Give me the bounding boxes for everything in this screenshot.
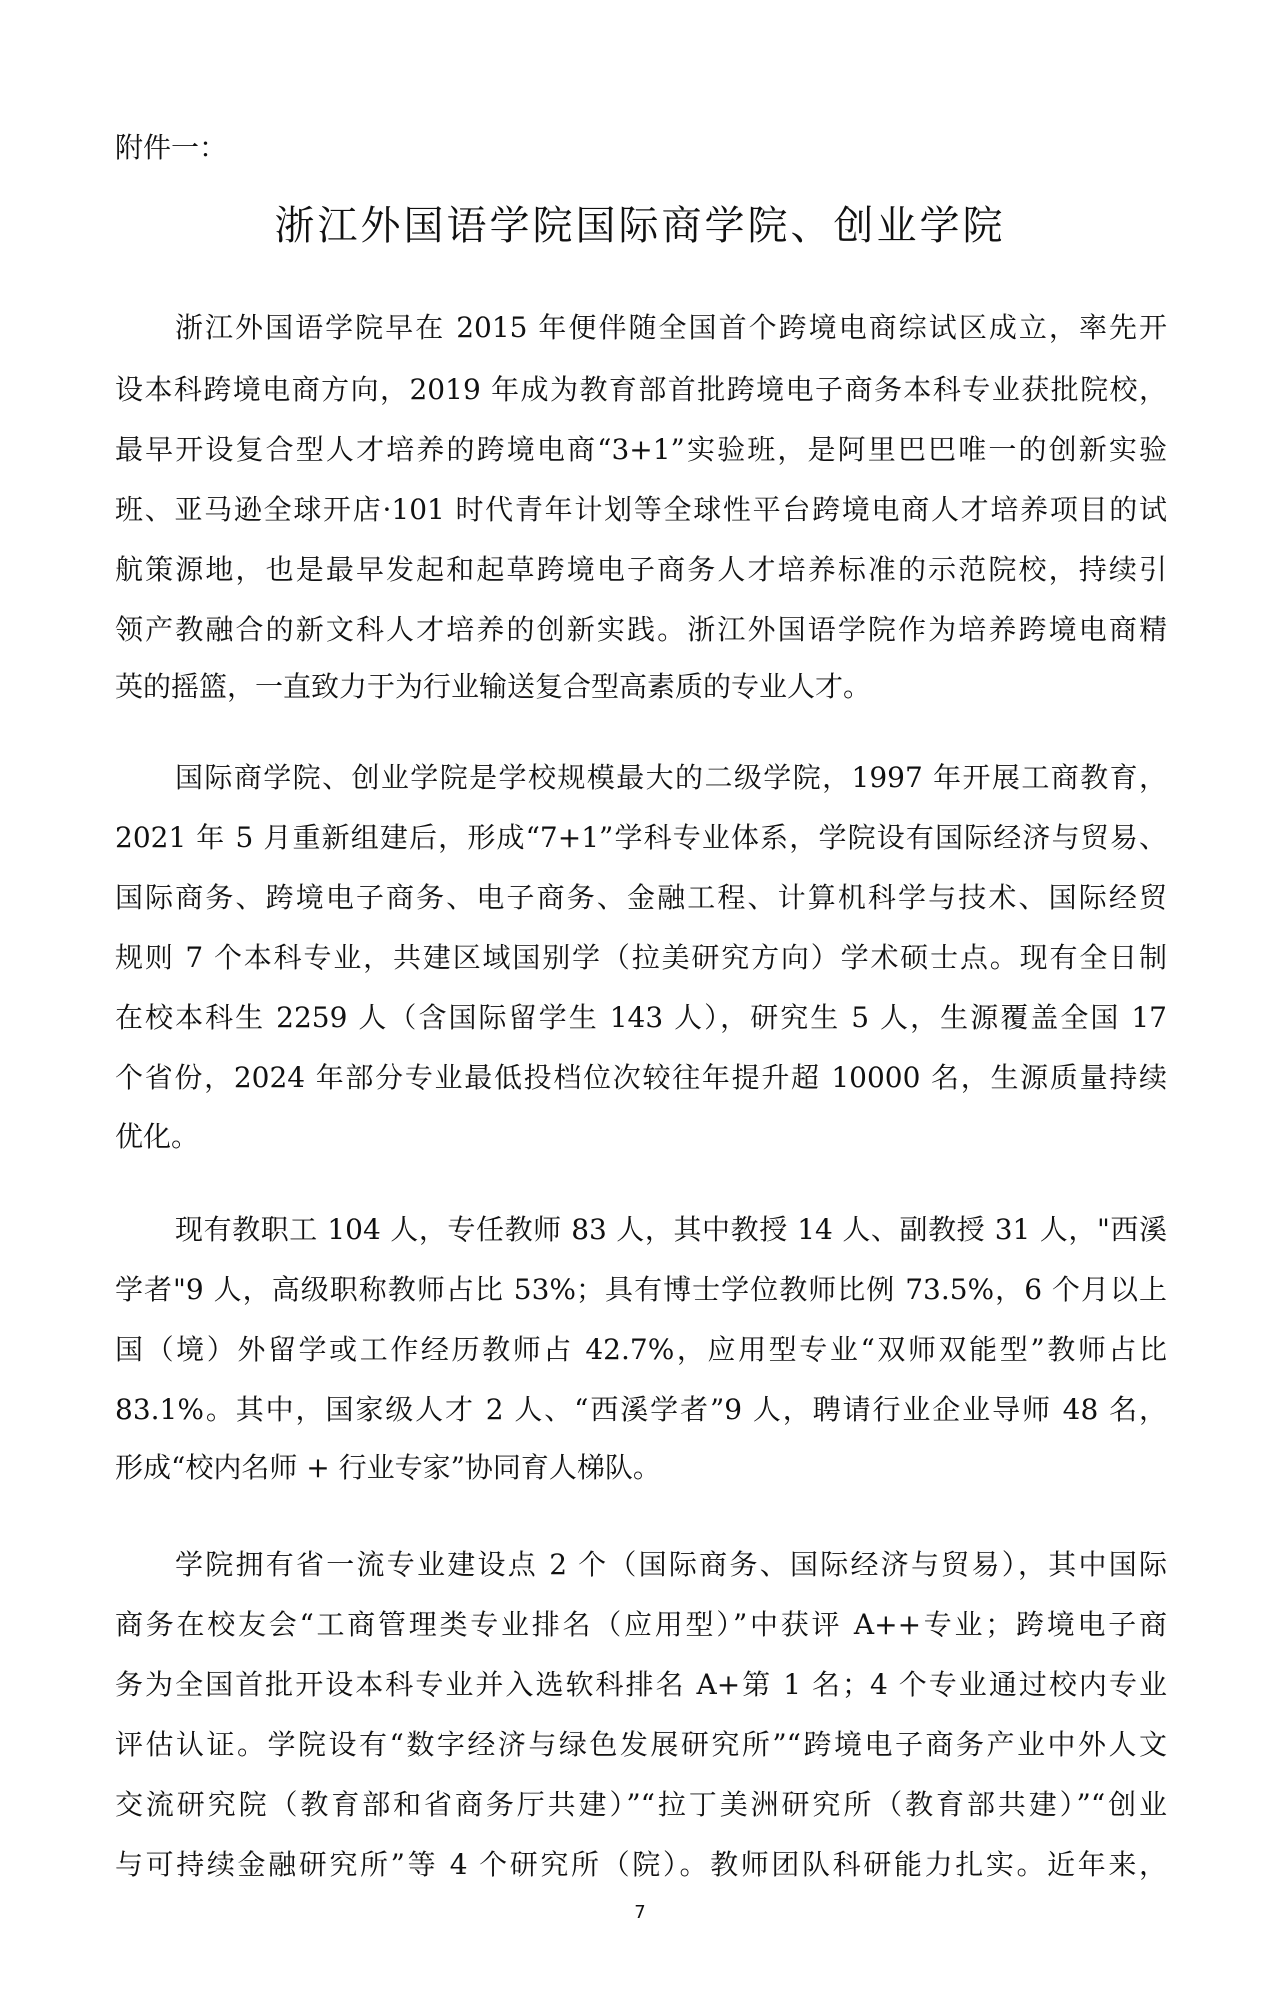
- paragraph-line: 领产教融合的新文科人才培养的创新实践。浙江外国语学院作为培养跨境电商精: [115, 610, 1167, 650]
- paragraph-line: 2021 年 5 月重新组建后，形成“7+1”学科专业体系，学院设有国际经济与贸…: [115, 818, 1167, 858]
- paragraph-line: 形成“校内名师 + 行业专家”协同育人梯队。: [115, 1448, 1167, 1488]
- paragraph-line: 学者"9 人，高级职称教师占比 53%；具有博士学位教师比例 73.5%，6 个…: [115, 1270, 1167, 1310]
- paragraph-line: 与可持续金融研究所”等 4 个研究所（院）。教师团队科研能力扎实。近年来，: [115, 1845, 1167, 1885]
- paragraph-line: 商务在校友会“工商管理类专业排名（应用型）”中获评 A++专业；跨境电子商: [115, 1605, 1167, 1645]
- paragraph-line: 班、亚马逊全球开店·101 时代青年计划等全球性平台跨境电商人才培养项目的试: [115, 490, 1167, 530]
- document-page: 附件一： 浙江外国语学院国际商学院、创业学院 浙江外国语学院早在 2015 年便…: [0, 0, 1280, 2006]
- paragraph-line: 交流研究院（教育部和省商务厅共建）”“拉丁美洲研究所（教育部共建）”“创业: [115, 1785, 1167, 1825]
- paragraph-line: 国（境）外留学或工作经历教师占 42.7%，应用型专业“双师双能型”教师占比: [115, 1330, 1167, 1370]
- paragraph-line: 浙江外国语学院早在 2015 年便伴随全国首个跨境电商综试区成立，率先开: [175, 308, 1167, 348]
- paragraph-line: 个省份，2024 年部分专业最低投档位次较往年提升超 10000 名，生源质量持…: [115, 1058, 1167, 1098]
- paragraph-line: 国际商学院、创业学院是学校规模最大的二级学院，1997 年开展工商教育，: [175, 758, 1167, 798]
- paragraph-line: 设本科跨境电商方向，2019 年成为教育部首批跨境电子商务本科专业获批院校，: [115, 370, 1167, 410]
- paragraph-line: 优化。: [115, 1117, 1167, 1157]
- paragraph-line: 英的摇篮，一直致力于为行业输送复合型高素质的专业人才。: [115, 667, 1167, 707]
- page-number: 7: [0, 1900, 1280, 1926]
- document-title: 浙江外国语学院国际商学院、创业学院: [0, 200, 1280, 252]
- paragraph-line: 最早开设复合型人才培养的跨境电商“3+1”实验班，是阿里巴巴唯一的创新实验: [115, 430, 1167, 470]
- paragraph-line: 国际商务、跨境电子商务、电子商务、金融工程、计算机科学与技术、国际经贸: [115, 878, 1167, 918]
- attachment-label: 附件一：: [115, 128, 227, 168]
- paragraph-line: 规则 7 个本科专业，共建区域国别学（拉美研究方向）学术硕士点。现有全日制: [115, 938, 1167, 978]
- paragraph-line: 务为全国首批开设本科专业并入选软科排名 A+第 1 名；4 个专业通过校内专业: [115, 1665, 1167, 1705]
- paragraph-line: 评估认证。学院设有“数字经济与绿色发展研究所”“跨境电子商务产业中外人文: [115, 1725, 1167, 1765]
- paragraph-line: 在校本科生 2259 人（含国际留学生 143 人），研究生 5 人，生源覆盖全…: [115, 998, 1167, 1038]
- paragraph-line: 现有教职工 104 人，专任教师 83 人，其中教授 14 人、副教授 31 人…: [175, 1210, 1167, 1250]
- paragraph-line: 航策源地，也是最早发起和起草跨境电子商务人才培养标准的示范院校，持续引: [115, 550, 1167, 590]
- paragraph-line: 83.1%。其中，国家级人才 2 人、“西溪学者”9 人，聘请行业企业导师 48…: [115, 1390, 1167, 1430]
- paragraph-line: 学院拥有省一流专业建设点 2 个（国际商务、国际经济与贸易），其中国际: [175, 1545, 1167, 1585]
